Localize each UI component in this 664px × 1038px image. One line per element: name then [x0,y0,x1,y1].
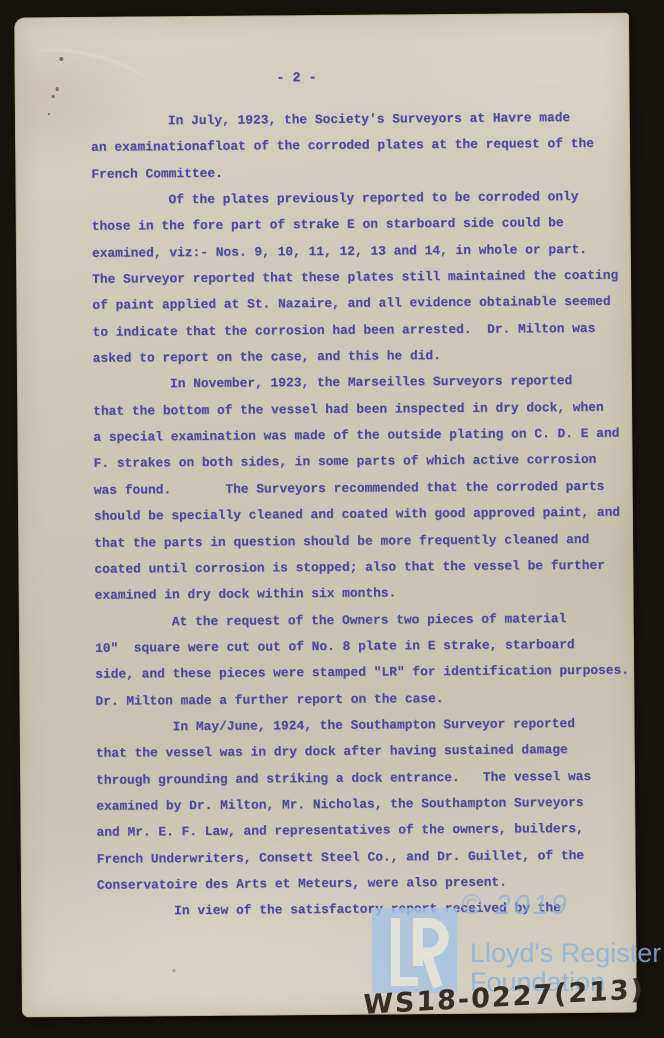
watermark-copyright: © 2019 [461,889,570,921]
typed-line: through grounding and striking a dock en… [96,763,631,794]
typed-line: The Surveyor reported that these plates … [92,263,627,294]
typed-line: examined by Dr. Milton, Mr. Nicholas, th… [96,790,631,821]
typed-line: an examinationafloat of the corroded pla… [91,131,626,162]
typed-line: of paint applied at St. Nazaire, and all… [92,289,627,320]
typed-line: to indicate that the corrosion had been … [92,315,627,346]
document-page: - 2 - In July, 1923, the Society's Surve… [14,13,637,1018]
typed-line: and Mr. E. F. Law, and representatives o… [96,816,631,847]
typed-line: F. strakes on both sides, in some parts … [93,447,628,478]
paper-speck [173,969,176,972]
typed-line: that the parts in question should be mor… [94,526,629,557]
paper-speck [59,57,63,61]
typed-line: examined in dry dock within six months. [95,579,630,610]
typewritten-text: In July, 1923, the Society's Surveyors a… [91,105,632,926]
typed-line: Dr. Milton made a further report on the … [95,684,630,715]
typed-line: was found. The Surveyors recommended tha… [94,473,629,504]
typed-line: In May/June, 1924, the Southampton Surve… [96,711,631,742]
typed-line: In November, 1923, the Marseilles Survey… [93,368,628,399]
paper-speck [48,113,50,115]
typed-line: 10" square were cut out of No. 8 plate i… [95,631,630,662]
typed-line: side, and these pieces were stamped "LR"… [95,658,630,689]
scan-background: - 2 - In July, 1923, the Society's Surve… [0,0,664,1038]
typed-line: that the vessel was in dry dock after ha… [96,737,631,768]
page-number: - 2 - [16,68,578,90]
lloyds-register-logo-icon [372,908,457,993]
typed-line: those in the fore part of strake E on st… [92,210,627,241]
typed-line: coated until corrosion is stopped; also … [94,552,629,583]
typed-line: At the request of the Owners two pieces … [95,605,630,636]
typed-line: French Underwriters, Consett Steel Co., … [97,842,632,873]
typed-line: asked to report on the case, and this he… [93,342,628,373]
typed-line: In July, 1923, the Society's Surveyors a… [91,105,626,136]
typed-line: French Committee. [91,157,626,188]
typed-line: examined, viz:- Nos. 9, 10, 11, 12, 13 a… [92,236,627,267]
typed-line: Of the plates previously reported to be … [91,184,626,215]
paper-speck [52,95,55,98]
typed-line: should be specially cleaned and coated w… [94,500,629,531]
watermark-org-name: Lloyd's Register [470,939,661,968]
typed-line: that the bottom of the vessel had been i… [93,394,628,425]
typed-line: a special examination was made of the ou… [93,421,628,452]
